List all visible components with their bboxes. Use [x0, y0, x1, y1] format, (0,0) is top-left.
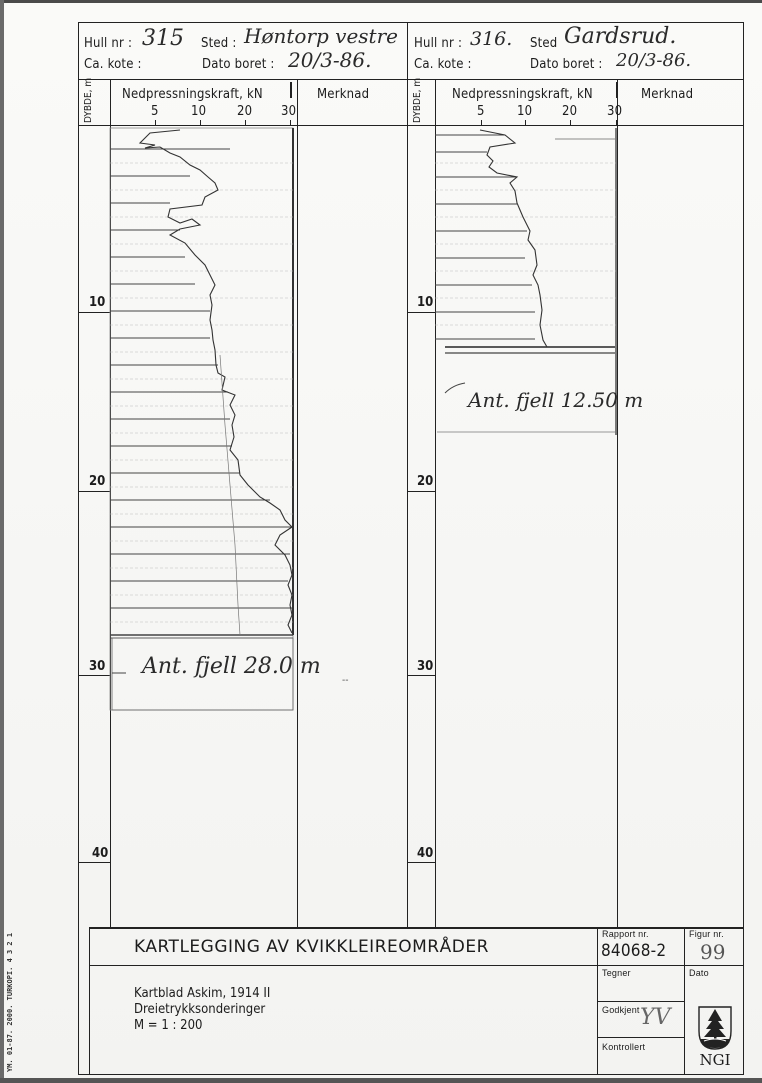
ngi-logo-text: NGI — [695, 1051, 735, 1069]
title-block-fig-divider — [684, 927, 685, 1075]
sounding-plot-315 — [110, 125, 300, 715]
tree-logo-icon — [695, 1005, 735, 1051]
date-label: Dato — [689, 968, 709, 978]
depth-mark — [78, 491, 110, 492]
scan-left-edge — [0, 0, 4, 1083]
scan-bottom-edge — [0, 1078, 762, 1083]
info-row-divider — [597, 1037, 684, 1038]
info-row-divider — [597, 1001, 684, 1002]
place-label: Sted — [530, 36, 557, 51]
tick-20: 20 — [237, 104, 252, 119]
hole-label: Hull nr : — [414, 36, 462, 51]
tick-20: 20 — [562, 104, 577, 119]
method: Dreietrykksonderinger — [134, 1002, 270, 1018]
report-number: 84068-2 — [601, 941, 666, 961]
hole-number: 315 — [142, 26, 184, 51]
scale: M = 1 : 200 — [134, 1018, 270, 1034]
ngi-logo: NGI — [695, 1005, 735, 1071]
scanned-page: YM. 01-87. 2000. TURKOPI. 4 3 2 1 Hull n… — [0, 0, 762, 1083]
elevation-label: Ca. kote : — [84, 57, 142, 72]
drawn-label: Tegner — [602, 968, 631, 978]
date-label: Dato boret : — [530, 57, 603, 72]
map-sheet: Kartblad Askim, 1914 II — [134, 986, 270, 1002]
depth-mark — [78, 312, 110, 313]
drill-date: 20/3-86. — [616, 50, 691, 71]
depth-label-30: 30 — [89, 659, 105, 674]
end-note-315: Ant. fjell 28.0 m — [142, 654, 321, 679]
remark-header: Merknad — [641, 87, 693, 102]
date-label: Dato boret : — [202, 57, 275, 72]
depth-label-20: 20 — [89, 474, 105, 489]
figure-number: 99 — [700, 940, 725, 964]
checked-label: Kontrollert — [602, 1042, 645, 1052]
elevation-label: Ca. kote : — [414, 57, 472, 72]
depth-axis-label: DYBDE, m — [83, 78, 94, 123]
force-axis-label: Nedpressningskraft, kN — [452, 87, 593, 102]
depth-label-40: 40 — [417, 846, 433, 861]
tick-10: 10 — [191, 104, 206, 119]
tick-30: 30 — [607, 104, 622, 119]
hole-label: Hull nr : — [84, 36, 132, 51]
depth-mark — [407, 491, 435, 492]
tick-5: 5 — [151, 104, 159, 119]
force-header-mark — [290, 82, 292, 98]
header-divider — [78, 79, 744, 80]
depth-mark — [407, 675, 435, 676]
depth-label-10: 10 — [417, 295, 433, 310]
depth-mark — [407, 312, 435, 313]
borehole-separator — [407, 22, 408, 927]
depth-label-10: 10 — [89, 295, 105, 310]
print-stamp: YM. 01-87. 2000. TURKOPI. 4 3 2 1 — [6, 933, 14, 1072]
drill-date: 20/3-86. — [288, 48, 371, 72]
title-block-divider — [89, 965, 597, 966]
depth-mark — [78, 675, 110, 676]
tick-10: 10 — [517, 104, 532, 119]
depth-axis-label: DYBDE, m — [412, 78, 423, 123]
end-note-316: Ant. fjell 12.50 m — [468, 388, 643, 412]
depth-mark — [407, 862, 435, 863]
info-row-divider — [597, 965, 744, 966]
place-name: Høntorp vestre — [244, 24, 398, 48]
approved-label: Godkjent — [602, 1005, 640, 1015]
title-block-left — [89, 927, 90, 1075]
depth-label-20: 20 — [417, 474, 433, 489]
depth-mark — [78, 862, 110, 863]
remark-header: Merknad — [317, 87, 369, 102]
hole-number: 316. — [470, 28, 512, 50]
approved-signature: YV — [640, 1005, 670, 1030]
report-label: Rapport nr. — [602, 929, 649, 939]
force-header-mark — [616, 82, 618, 98]
scan-top-edge — [0, 0, 762, 3]
project-title: KARTLEGGING AV KVIKKLEIREOMRÅDER — [134, 937, 489, 957]
tick-30: 30 — [281, 104, 296, 119]
force-axis-label: Nedpressningskraft, kN — [122, 87, 263, 102]
tick-5: 5 — [477, 104, 485, 119]
sheet-description: Kartblad Askim, 1914 II Dreietrykksonder… — [134, 986, 270, 1034]
depth-label-30: 30 — [417, 659, 433, 674]
place-name: Gardsrud. — [564, 24, 676, 49]
depth-label-40: 40 — [92, 846, 108, 861]
remark-dash: -- — [342, 675, 349, 686]
place-label: Sted : — [201, 36, 237, 51]
figure-label: Figur nr. — [689, 929, 724, 939]
